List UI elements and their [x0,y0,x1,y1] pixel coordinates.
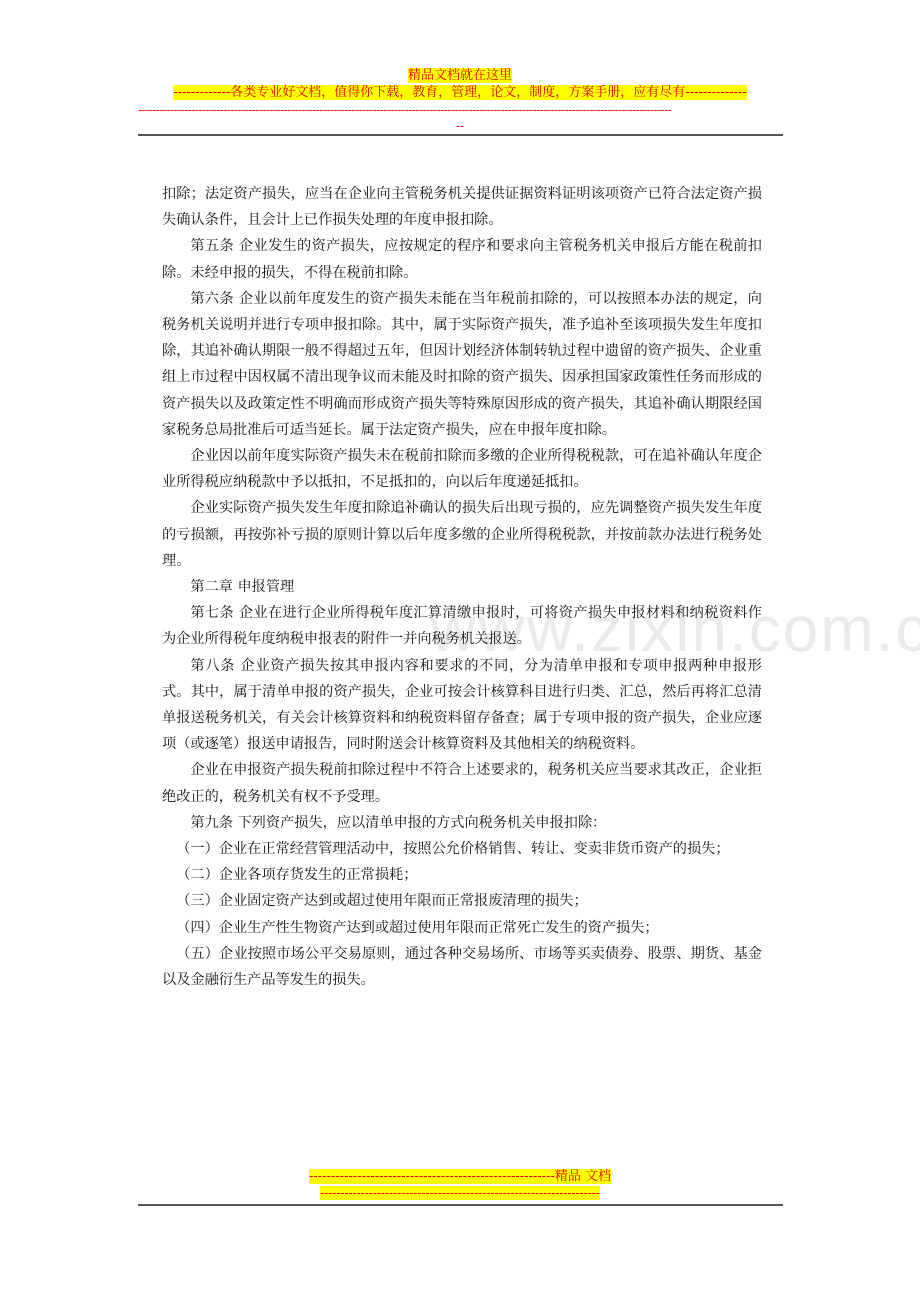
paragraph-article-8: 第八条 企业资产损失按其申报内容和要求的不同，分为清单申报和专项申报两种申报形式… [162,653,762,758]
document-body: 扣除；法定资产损失，应当在企业向主管税务机关提供证据资料证明该项资产已符合法定资… [162,181,762,993]
paragraph: 企业实际资产损失发生年度扣除追补确认的损失后出现亏损的，应先调整资产损失发生年度… [162,495,762,574]
header-tagline-line: -------------各类专业好文档，值得你下载，教育，管理，论文，制度，方… [0,85,920,101]
paragraph-article-9: 第九条 下列资产损失，应以清单申报的方式向税务机关申报扣除： [162,810,762,836]
footer-dashes: ----------------------------------------… [320,1186,600,1200]
list-item: （一）企业在正常经营管理活动中，按照公允价格销售、转让、变卖非货币资产的损失； [162,836,762,862]
list-item: （五）企业按照市场公平交易原则，通过各种交易场所、市场等买卖债券、股票、期货、基… [162,941,762,993]
chapter-heading: 第二章 申报管理 [162,574,762,600]
paragraph-article-7: 第七条 企业在进行企业所得税年度汇算清缴申报时，可将资产损失申报材料和纳税资料作… [162,600,762,652]
header-dash-line: ----------------------------------------… [138,103,783,117]
list-item: （四）企业生产性生物资产达到或超过使用年限而正常死亡发生的资产损失； [162,915,762,941]
header-tagline: -------------各类专业好文档，值得你下载，教育，管理，论文，制度，方… [173,85,747,100]
footer-divider [138,1204,783,1206]
paragraph: 企业在申报资产损失税前扣除过程中不符合上述要求的，税务机关应当要求其改正，企业拒… [162,757,762,809]
header-divider [138,134,783,136]
paragraph-article-5: 第五条 企业发生的资产损失，应按规定的程序和要求向主管税务机关申报后方能在税前扣… [162,233,762,285]
paragraph: 扣除；法定资产损失，应当在企业向主管税务机关提供证据资料证明该项资产已符合法定资… [162,181,762,233]
header-title-line: 精品文档就在这里 [0,68,920,84]
paragraph: 企业因以前年度实际资产损失未在税前扣除而多缴的企业所得税税款，可在追补确认年度企… [162,443,762,495]
footer-line-2: ----------------------------------------… [0,1186,920,1200]
header-dash-tail: -- [0,119,920,133]
list-item: （二）企业各项存货发生的正常损耗； [162,862,762,888]
list-item: （三）企业固定资产达到或超过使用年限而正常报废清理的损失； [162,888,762,914]
footer-label: ----------------------------------------… [309,1169,611,1184]
paragraph-article-6: 第六条 企业以前年度发生的资产损失未能在当年税前扣除的，可以按照本办法的规定，向… [162,286,762,443]
footer-line-1: ----------------------------------------… [0,1169,920,1185]
header-title: 精品文档就在这里 [408,68,512,83]
